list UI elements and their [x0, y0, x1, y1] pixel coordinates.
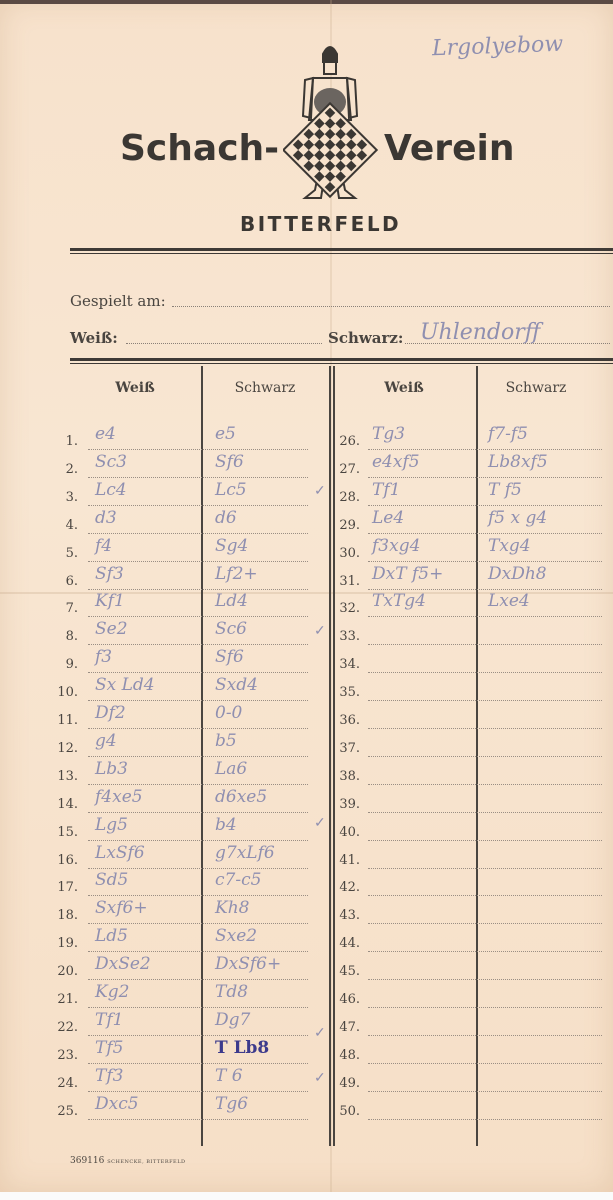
white-move[interactable]: DxT f5+: [372, 564, 443, 584]
move-number: 31.: [330, 574, 360, 589]
check-mark: ✓: [314, 483, 326, 499]
move-row-line: [368, 978, 602, 980]
move-number: 3.: [48, 490, 78, 505]
move-row-line: [88, 1034, 308, 1036]
move-row-line: [88, 755, 308, 757]
header-black-2: Schwarz: [476, 380, 596, 396]
black-move[interactable]: Sxd4: [215, 675, 258, 695]
move-number: 45.: [330, 964, 360, 979]
white-move[interactable]: Kg2: [95, 982, 129, 1002]
move-row-line: [368, 755, 602, 757]
check-mark: ✓: [314, 1025, 326, 1041]
white-move[interactable]: Tg3: [372, 424, 405, 444]
move-row-line: [368, 671, 602, 673]
move-number: 12.: [48, 741, 78, 756]
black-move[interactable]: Lf2+: [215, 564, 258, 584]
move-row-line: [368, 643, 602, 645]
move-number: 33.: [330, 629, 360, 644]
black-move[interactable]: La6: [215, 759, 247, 779]
move-row-line: [368, 699, 602, 701]
move-number: 34.: [330, 657, 360, 672]
move-row-line: [368, 448, 602, 450]
white-move[interactable]: Sf3: [95, 564, 124, 584]
move-row-line: [88, 978, 308, 980]
move-row-line: [88, 615, 308, 617]
black-move[interactable]: c7-c5: [215, 870, 261, 890]
move-row-line: [368, 727, 602, 729]
move-row-line: [88, 448, 308, 450]
table-top-divider: [70, 358, 613, 364]
move-number: 27.: [330, 462, 360, 477]
white-move[interactable]: Tf1: [95, 1010, 123, 1030]
header-black-1: Schwarz: [202, 380, 328, 396]
white-move[interactable]: f4xe5: [95, 787, 143, 807]
move-number: 23.: [48, 1048, 78, 1063]
move-row-line: [88, 727, 308, 729]
white-move[interactable]: Sxf6+: [95, 898, 148, 918]
move-row-line: [368, 1062, 602, 1064]
move-number: 7.: [48, 601, 78, 616]
move-row-line: [88, 643, 308, 645]
move-number: 43.: [330, 908, 360, 923]
white-move[interactable]: Lb3: [95, 759, 128, 779]
move-row-line: [88, 811, 308, 813]
move-row-line: [368, 783, 602, 785]
header-white-1: Weiß: [70, 380, 200, 396]
move-row-line: [368, 1090, 602, 1092]
move-number: 2.: [48, 462, 78, 477]
black-move[interactable]: Kh8: [215, 898, 249, 918]
move-number: 30.: [330, 546, 360, 561]
white-move[interactable]: e4xf5: [372, 452, 420, 472]
white-move[interactable]: TxTg4: [372, 591, 426, 611]
move-row-line: [368, 1118, 602, 1120]
move-number: 40.: [330, 825, 360, 840]
move-number: 46.: [330, 992, 360, 1007]
white-move[interactable]: Ld5: [95, 926, 128, 946]
move-number: 15.: [48, 825, 78, 840]
move-number: 10.: [48, 685, 78, 700]
move-row-line: [368, 839, 602, 841]
white-move[interactable]: d3: [95, 508, 117, 528]
white-move[interactable]: Dxc5: [95, 1094, 139, 1114]
move-row-line: [88, 1062, 308, 1064]
black-move[interactable]: DxDh8: [488, 564, 547, 584]
move-row-line: [88, 504, 308, 506]
white-move[interactable]: Sd5: [95, 870, 128, 890]
move-number: 38.: [330, 769, 360, 784]
black-move[interactable]: Td8: [215, 982, 248, 1002]
black-move[interactable]: Txg4: [488, 536, 531, 556]
white-move[interactable]: LxSf6: [95, 843, 145, 863]
top-edge: [0, 0, 613, 4]
move-number: 6.: [48, 574, 78, 589]
form-number: 369116: [70, 1156, 104, 1166]
white-move[interactable]: Lc4: [95, 480, 127, 500]
printer-name: SCHENCKE, BITTERFELD: [107, 1159, 185, 1165]
move-row-line: [368, 894, 602, 896]
move-row-line: [368, 811, 602, 813]
check-mark: ✓: [314, 1070, 326, 1086]
move-row-line: [368, 588, 602, 590]
white-move[interactable]: f3xg4: [372, 536, 420, 556]
club-city: BITTERFELD: [240, 212, 401, 236]
white-move[interactable]: f3: [95, 647, 112, 667]
black-label: Schwarz:: [328, 329, 403, 347]
move-number: 28.: [330, 490, 360, 505]
knight-with-chessboard-icon: [283, 40, 378, 205]
black-move[interactable]: Sg4: [215, 536, 248, 556]
black-move[interactable]: T f5: [488, 480, 522, 500]
move-row-line: [88, 532, 308, 534]
move-number: 37.: [330, 741, 360, 756]
white-move[interactable]: Le4: [372, 508, 404, 528]
move-row-line: [88, 1090, 308, 1092]
move-row-line: [368, 615, 602, 617]
white-move[interactable]: DxSe2: [95, 954, 151, 974]
black-move[interactable]: Lc5: [215, 480, 247, 500]
move-number: 20.: [48, 964, 78, 979]
move-number: 50.: [330, 1104, 360, 1119]
move-row-line: [88, 894, 308, 896]
black-move[interactable]: d6: [215, 508, 237, 528]
move-row-line: [368, 532, 602, 534]
played-on-label: Gespielt am:: [70, 292, 166, 310]
move-number: 48.: [330, 1048, 360, 1063]
move-number: 22.: [48, 1020, 78, 1035]
move-row-line: [88, 476, 308, 478]
move-row-line: [368, 922, 602, 924]
move-number: 14.: [48, 797, 78, 812]
move-row-line: [88, 922, 308, 924]
black-move[interactable]: Sf6: [215, 452, 244, 472]
white-move[interactable]: f4: [95, 536, 112, 556]
black-move[interactable]: Sc6: [215, 619, 247, 639]
move-row-line: [368, 950, 602, 952]
move-number: 36.: [330, 713, 360, 728]
black-move[interactable]: Lb8xf5: [488, 452, 548, 472]
white-move[interactable]: Lg5: [95, 815, 128, 835]
move-number: 42.: [330, 880, 360, 895]
printer-imprint: 369116 SCHENCKE, BITTERFELD: [70, 1156, 186, 1166]
black-move[interactable]: Ld4: [215, 591, 248, 611]
black-move[interactable]: T Lb8: [215, 1038, 269, 1058]
move-row-line: [368, 476, 602, 478]
header-divider: [70, 248, 613, 254]
move-row-line: [368, 504, 602, 506]
black-move[interactable]: Sf6: [215, 647, 244, 667]
move-number: 19.: [48, 936, 78, 951]
white-label: Weiß:: [70, 329, 118, 347]
white-move[interactable]: e4: [95, 424, 116, 444]
move-row-line: [368, 867, 602, 869]
move-number: 21.: [48, 992, 78, 1007]
black-move[interactable]: DxSf6+: [215, 954, 281, 974]
black-move[interactable]: d6xe5: [215, 787, 267, 807]
white-player-field[interactable]: [126, 342, 322, 344]
black-move[interactable]: Sxe2: [215, 926, 257, 946]
club-title-left: Schach-: [120, 128, 279, 169]
check-mark: ✓: [314, 815, 326, 831]
move-number: 26.: [330, 434, 360, 449]
white-move[interactable]: Sx Ld4: [95, 675, 155, 695]
black-move[interactable]: 0-0: [215, 703, 242, 723]
black-move[interactable]: b4: [215, 815, 237, 835]
move-number: 47.: [330, 1020, 360, 1035]
move-number: 9.: [48, 657, 78, 672]
move-row-line: [88, 839, 308, 841]
black-move[interactable]: T 6: [215, 1066, 243, 1086]
move-row-line: [88, 588, 308, 590]
move-number: 49.: [330, 1076, 360, 1091]
black-player-name: Uhlendorff: [420, 320, 540, 345]
move-row-line: [88, 1118, 308, 1120]
white-move[interactable]: Sc3: [95, 452, 127, 472]
move-row-line: [88, 560, 308, 562]
check-mark: ✓: [314, 623, 326, 639]
move-number: 41.: [330, 853, 360, 868]
move-row-line: [368, 1034, 602, 1036]
white-move[interactable]: Df2: [95, 703, 126, 723]
black-move[interactable]: f5 x g4: [488, 508, 547, 528]
score-sheet: Lrgolyebow Schach-: [0, 0, 613, 1192]
move-row-line: [88, 783, 308, 785]
black-move[interactable]: f7-f5: [488, 424, 528, 444]
move-number: 35.: [330, 685, 360, 700]
pencil-signature: Lrgolyebow: [432, 32, 564, 62]
black-move[interactable]: Tg6: [215, 1094, 248, 1114]
played-on-field[interactable]: [172, 305, 610, 307]
move-row-line: [88, 699, 308, 701]
header-white-2: Weiß: [334, 380, 474, 396]
move-number: 32.: [330, 601, 360, 616]
move-number: 11.: [48, 713, 78, 728]
club-title-right: Verein: [384, 128, 514, 169]
move-number: 17.: [48, 880, 78, 895]
scan-margin: [0, 1192, 613, 1200]
black-move[interactable]: Lxe4: [488, 591, 530, 611]
move-row-line: [368, 560, 602, 562]
move-number: 39.: [330, 797, 360, 812]
move-number: 5.: [48, 546, 78, 561]
move-row-line: [88, 950, 308, 952]
move-row-line: [88, 1006, 308, 1008]
move-number: 18.: [48, 908, 78, 923]
black-move[interactable]: e5: [215, 424, 236, 444]
black-move[interactable]: Dg7: [215, 1010, 250, 1030]
move-row-line: [88, 671, 308, 673]
white-move[interactable]: Tf1: [372, 480, 400, 500]
move-number: 1.: [48, 434, 78, 449]
move-number: 25.: [48, 1104, 78, 1119]
move-row-line: [368, 1006, 602, 1008]
black-move[interactable]: b5: [215, 731, 237, 751]
white-move[interactable]: Kf1: [95, 591, 125, 611]
white-move[interactable]: Tf5: [95, 1038, 123, 1058]
white-move[interactable]: Se2: [95, 619, 128, 639]
move-number: 13.: [48, 769, 78, 784]
black-move[interactable]: g7xLf6: [215, 843, 275, 863]
move-number: 4.: [48, 518, 78, 533]
move-row-line: [88, 867, 308, 869]
move-number: 8.: [48, 629, 78, 644]
move-number: 44.: [330, 936, 360, 951]
white-move[interactable]: Tf3: [95, 1066, 123, 1086]
move-number: 29.: [330, 518, 360, 533]
move-number: 16.: [48, 853, 78, 868]
move-number: 24.: [48, 1076, 78, 1091]
white-move[interactable]: g4: [95, 731, 117, 751]
